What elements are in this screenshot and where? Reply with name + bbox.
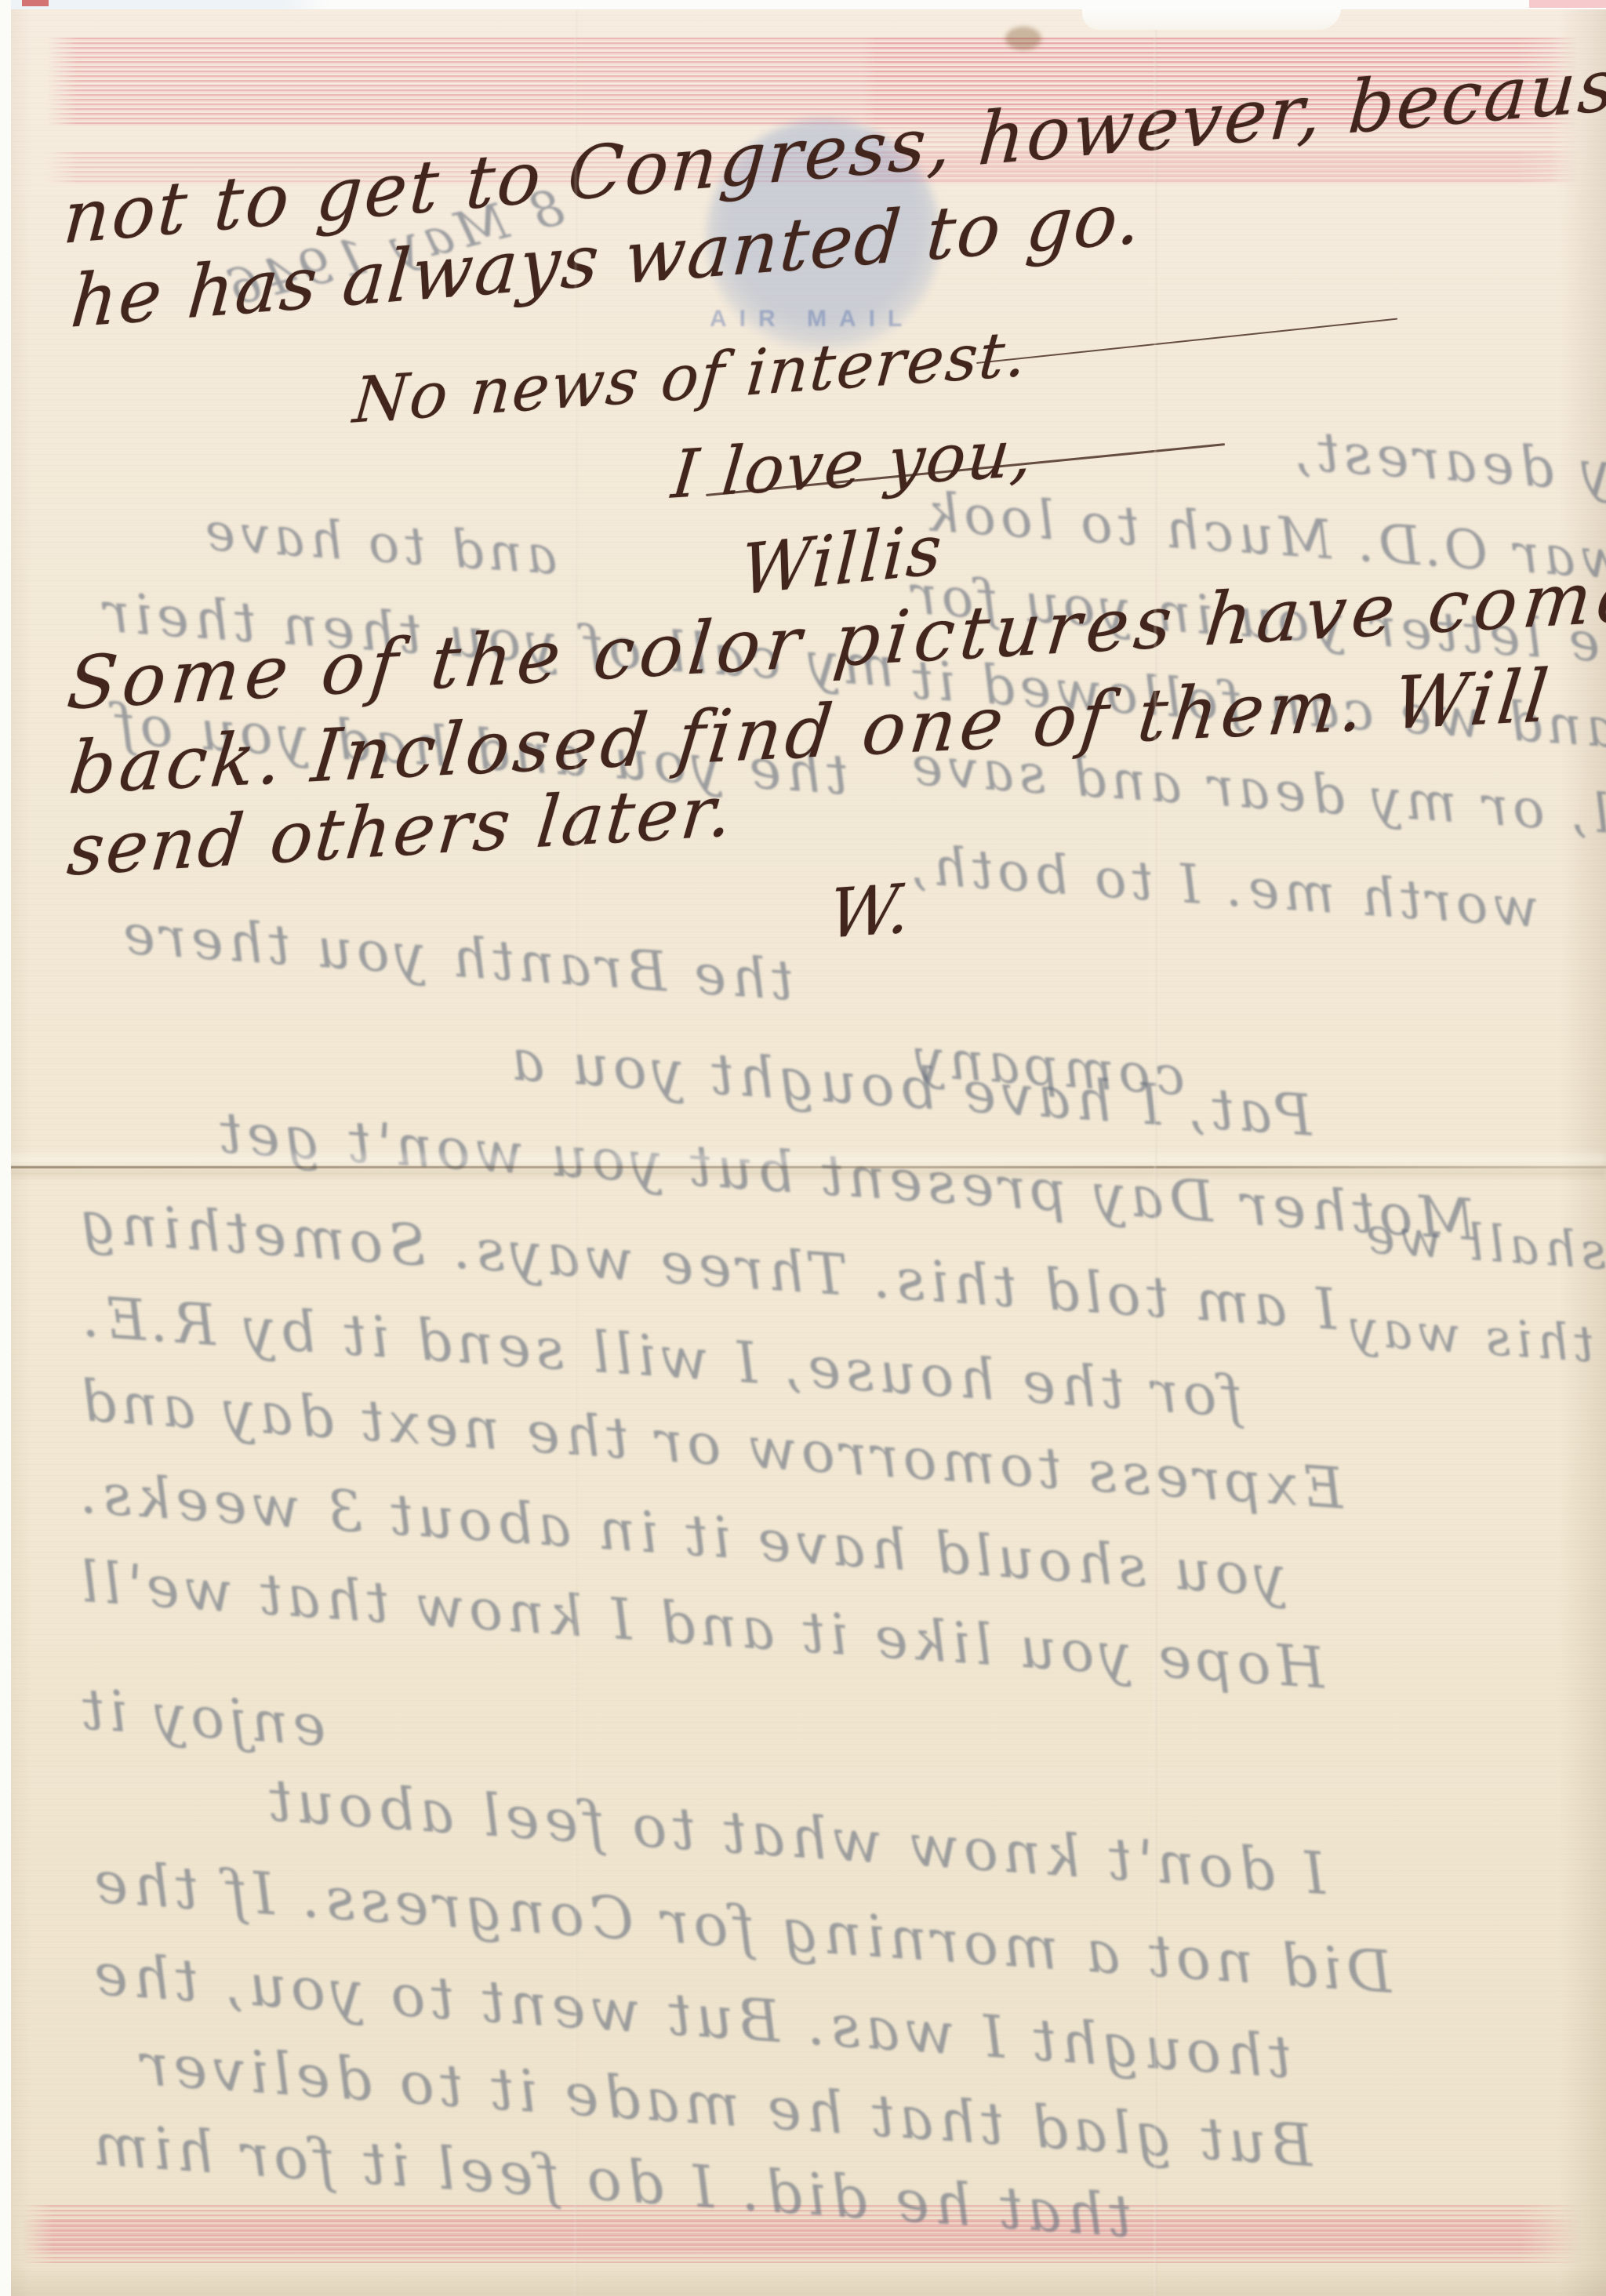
letter-scan: AIR MAIL 8 May 1946 My dearest, Today, w… [0, 0, 1606, 2296]
red-edge-mark [22, 0, 49, 6]
fold-highlight [0, 1154, 1606, 1164]
paper-stain [1005, 27, 1041, 50]
signature-initial: W. [826, 870, 914, 954]
paper-edge-chip [1082, 8, 1341, 30]
fold-crease-vertical-right [1154, 9, 1157, 2296]
pink-edge-sliver [1529, 0, 1606, 8]
scanner-edge-left [0, 0, 11, 2296]
scanner-edge-top [0, 0, 1606, 9]
fold-crease-vertical-left [575, 9, 577, 2296]
fold-shadow [0, 1169, 1606, 1176]
fold-crease-horizontal [0, 1166, 1606, 1168]
